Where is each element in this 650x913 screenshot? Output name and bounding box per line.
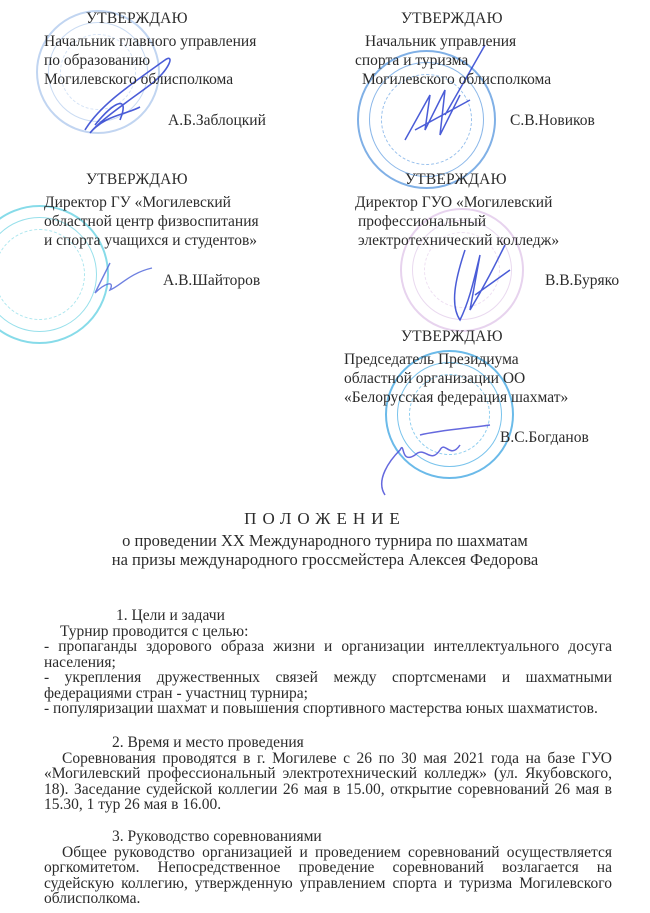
approval-heading: УТВЕРЖДАЮ [401, 328, 503, 346]
document-subtitle-line-1: о проведении XX Международного турнира п… [0, 531, 650, 551]
document-title-main: ПОЛОЖЕНИЕ [0, 509, 650, 529]
document-page: УТВЕРЖДАЮ Начальник главного управления … [0, 0, 650, 913]
section-paragraph: Общее руководство организацией и проведе… [44, 845, 612, 907]
approval-signatory: В.В.Буряко [545, 272, 619, 290]
approval-position-line: Директор ГУ «Могилевский [44, 194, 231, 212]
approval-heading: УТВЕРЖДАЮ [86, 171, 188, 189]
approval-signatory: А.Б.Заблоцкий [168, 112, 266, 130]
document-subtitle-line-2: на призы международного гроссмейстера Ал… [0, 550, 650, 570]
goal-item: - популяризации шахмат и повышения спорт… [44, 701, 612, 717]
section-time-place: 2. Время и место проведения Соревнования… [44, 735, 612, 813]
section-heading: 3. Руководство соревнованиями [44, 829, 612, 845]
approval-position-line: электротехнический колледж» [358, 232, 559, 250]
section-paragraph: Соревнования проводятся в г. Могилеве с … [44, 751, 612, 813]
approval-position-line: по образованию [44, 52, 150, 70]
approval-position-line: областной организации ОО [344, 370, 525, 388]
approval-position-line: и спорта учащихся и студентов» [44, 232, 257, 250]
goal-item: - пропаганды здорового образа жизни и ор… [44, 639, 612, 670]
approval-signatory: С.В.Новиков [510, 112, 595, 130]
approval-heading: УТВЕРЖДАЮ [405, 171, 507, 189]
approval-position-line: Директор ГУО «Могилевский [355, 194, 552, 212]
approval-position-line: Могилевского облисполкома [362, 71, 551, 89]
approval-position-line: Председатель Президиума [344, 351, 519, 369]
section-heading: 2. Время и место проведения [44, 735, 612, 751]
section-management: 3. Руководство соревнованиями Общее руко… [44, 829, 612, 907]
section-heading: 1. Цели и задачи [44, 608, 612, 624]
approval-position-line: спорта и туризма [355, 52, 468, 70]
approval-heading: УТВЕРЖДАЮ [401, 10, 503, 28]
approval-signatory: В.С.Богданов [500, 429, 589, 447]
approval-heading: УТВЕРЖДАЮ [86, 10, 188, 28]
section-goals: 1. Цели и задачи Турнир проводится с цел… [44, 608, 612, 717]
approval-position-line: Могилевского облисполкома [44, 71, 233, 89]
approval-position-line: Начальник управления [365, 33, 516, 51]
section-intro: Турнир проводится с целью: [44, 624, 612, 640]
approval-position-line: Начальник главного управления [44, 33, 256, 51]
approval-signatory: А.В.Шайторов [163, 272, 260, 290]
goal-item: - укрепления дружественных связей между … [44, 670, 612, 701]
approval-position-line: областной центр физвоспитания [44, 213, 259, 231]
approval-position-line: профессиональный [358, 213, 486, 231]
approval-position-line: «Белорусская федерация шахмат» [344, 389, 568, 407]
